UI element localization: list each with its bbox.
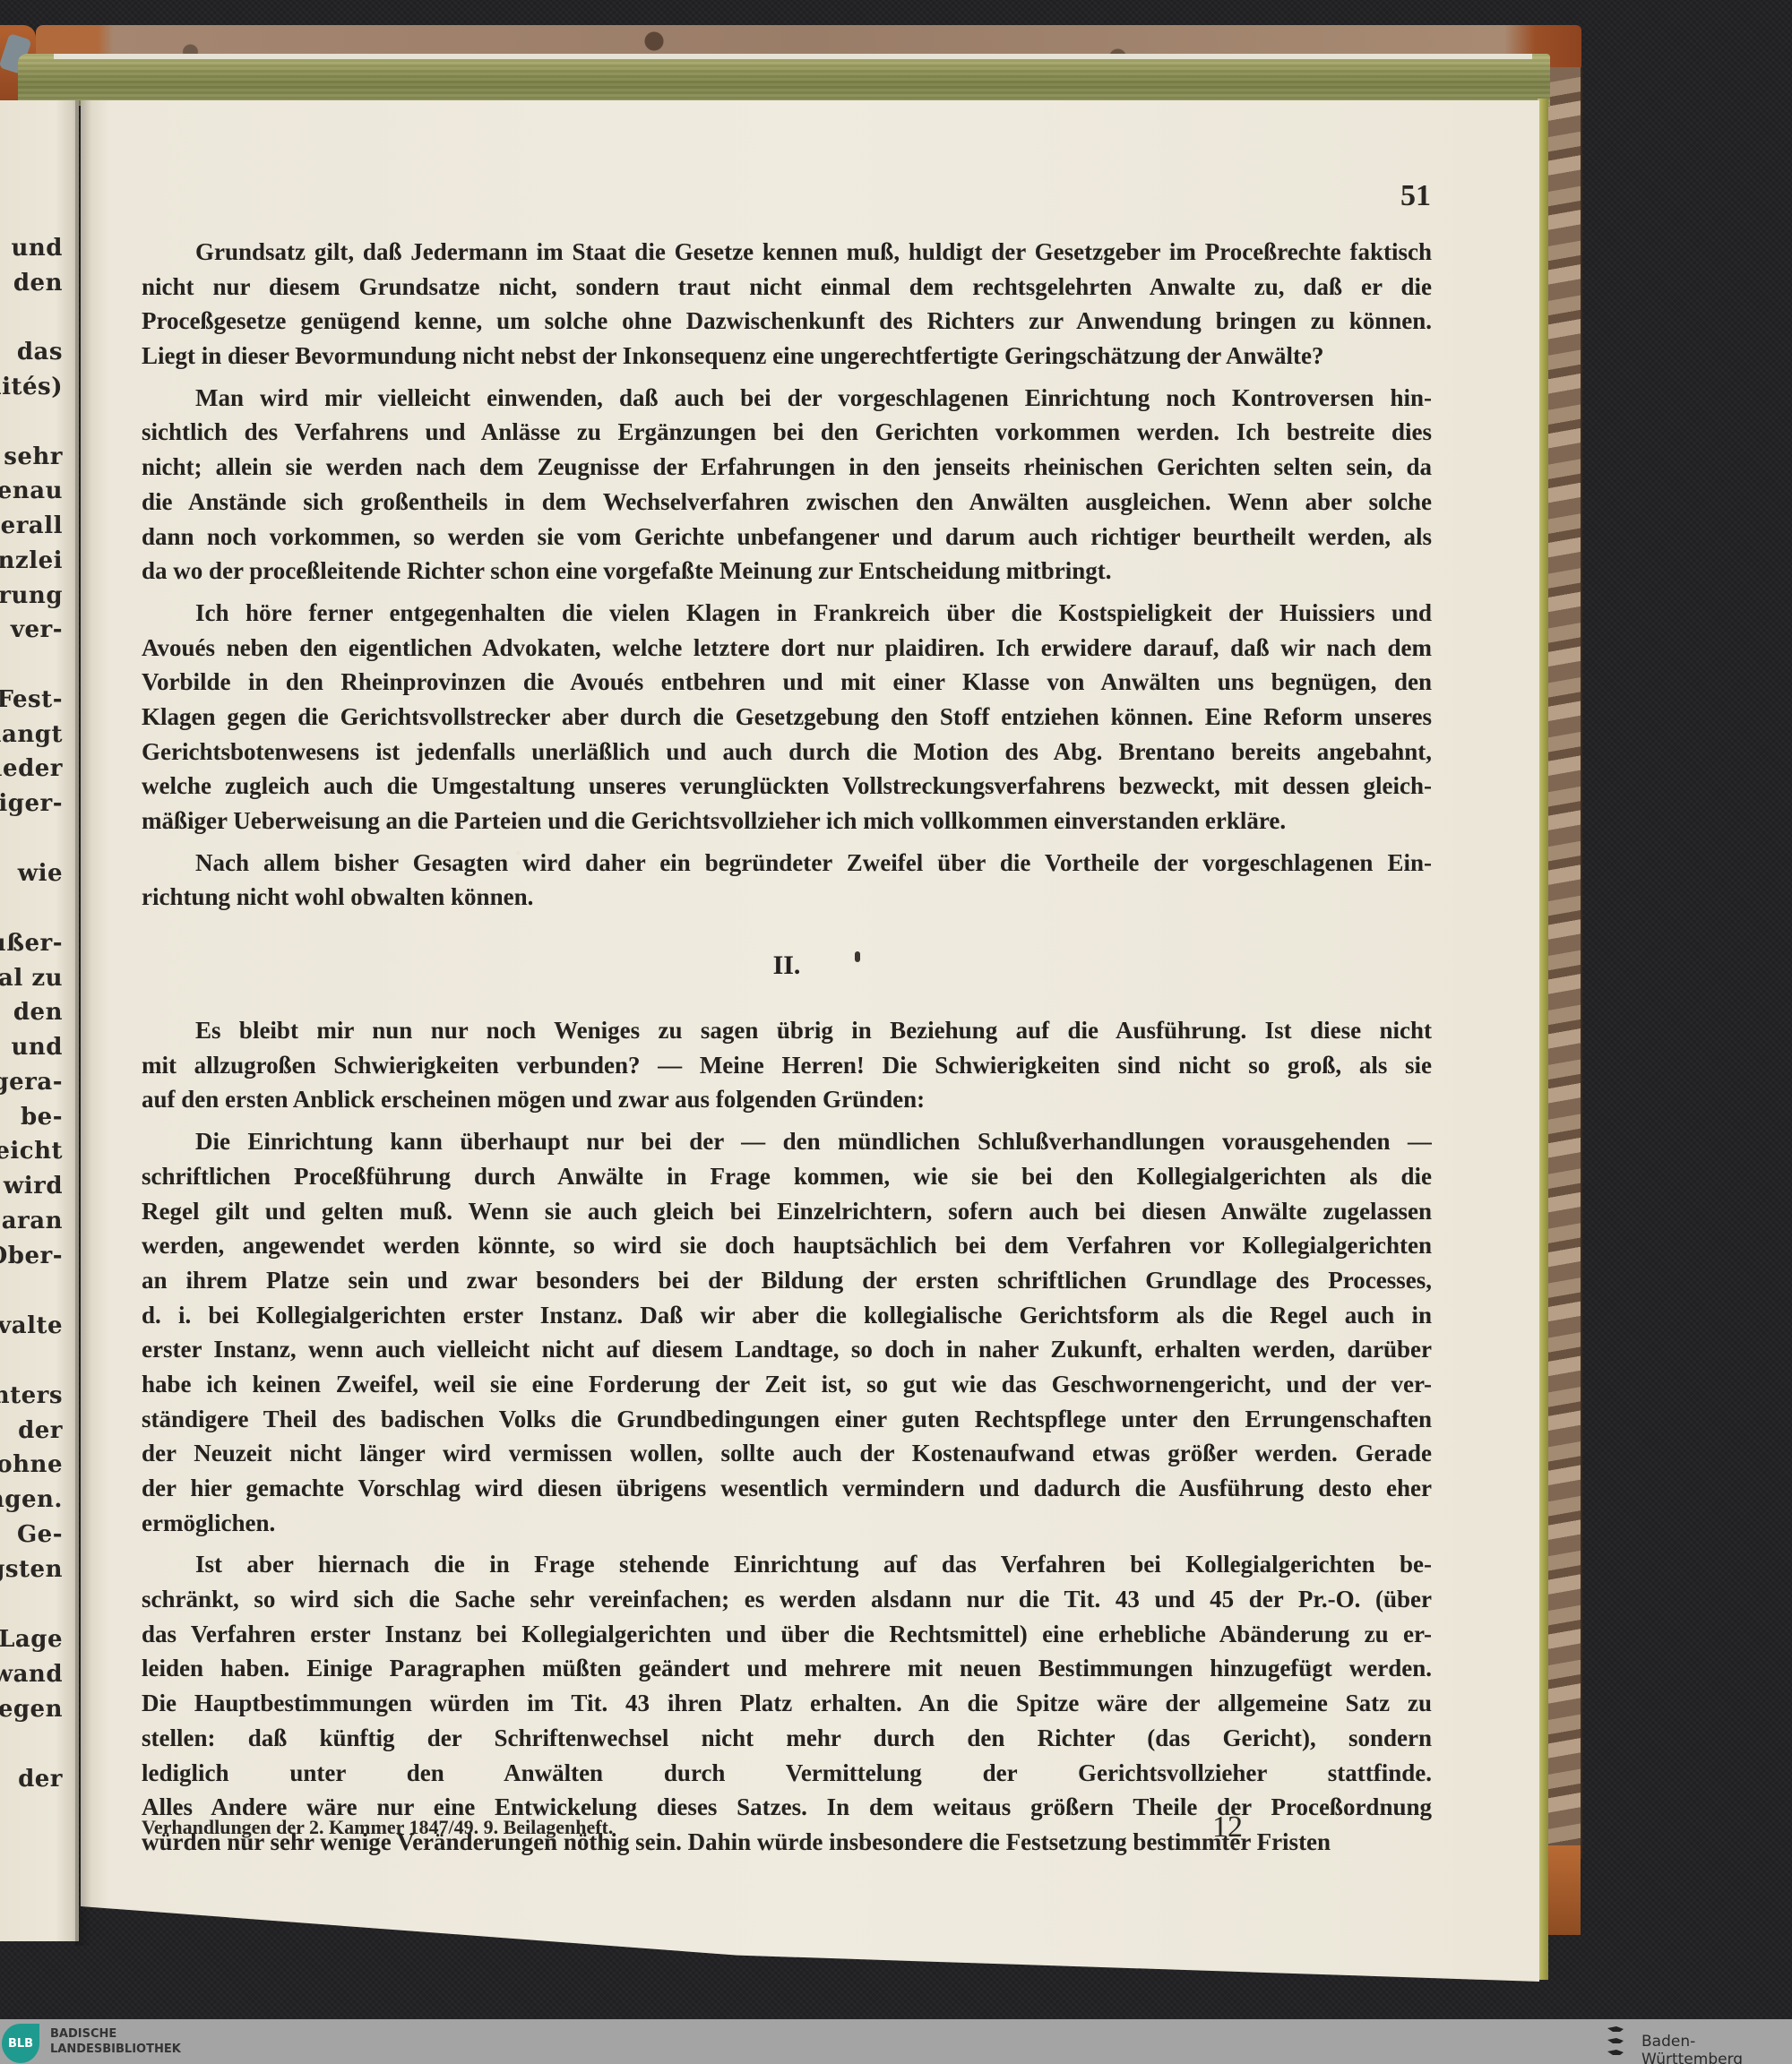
left-page-fragment: unddendaslités)sehrenauberallnzleirungve…	[0, 100, 79, 1941]
text-line: leiden haben. Einige Paragraphen müßten …	[142, 1651, 1432, 1686]
viewer-footer-bar: BLB BADISCHE LANDESBIBLIOTHEK Baden-Würt…	[0, 2019, 1792, 2064]
text-line: Klagen gegen die Gerichtsvollstrecker ab…	[142, 700, 1432, 735]
text-line: Ist aber hiernach die in Frage stehende …	[142, 1547, 1432, 1582]
left-page-word-fragment: Lage	[0, 1626, 63, 1653]
left-page-word-fragment: hters	[0, 1382, 63, 1409]
library-name-line1: BADISCHE	[50, 2026, 181, 2042]
text-line: erster Instanz, wenn auch vielleicht nic…	[142, 1332, 1432, 1367]
text-line: da wo der proceßleitende Richter schon e…	[142, 554, 1432, 589]
paragraph-gap	[142, 1117, 1432, 1124]
text-line: nicht; allein sie werden nach dem Zeugni…	[142, 450, 1432, 485]
left-page-word-fragment: Fest-	[0, 686, 63, 713]
left-page-word-fragment: vegen	[0, 1696, 63, 1723]
text-line: richtung nicht wohl obwalten können.	[142, 880, 1432, 915]
text-line: dann noch vorkommen, so werden sie vom G…	[142, 520, 1432, 555]
text-line: das Verfahren erster Instanz bei Kollegi…	[142, 1617, 1432, 1652]
text-line: Nach allem bisher Gesagten wird daher ei…	[142, 846, 1432, 881]
left-page-word-fragment: iger-	[0, 790, 63, 817]
text-line: welche zugleich auch die Umgestaltung un…	[142, 769, 1432, 804]
paragraph-gap	[142, 838, 1432, 846]
text-line: Gerichtsbotenwesens ist jedenfalls unerl…	[142, 735, 1432, 770]
left-page-word-fragment: ohne	[0, 1451, 63, 1478]
text-line: der hier gemachte Vorschlag wird diesen …	[142, 1471, 1432, 1506]
left-page-word-fragment: berall	[0, 512, 63, 539]
left-page-word-fragment: wie	[18, 860, 63, 887]
text-line: Man wird mir vielleicht einwenden, daß a…	[142, 381, 1432, 416]
blb-logo-icon[interactable]: BLB	[2, 2024, 39, 2063]
text-line: habe ich keinen Zweifel, weil sie eine F…	[142, 1367, 1432, 1402]
library-name-line2: LANDESBIBLIOTHEK	[50, 2042, 181, 2057]
left-page-word-fragment: leicht	[0, 1138, 63, 1165]
left-page-word-fragment: ußer-	[0, 930, 63, 957]
text-line: lediglich unter den Anwälten durch Vermi…	[142, 1756, 1432, 1791]
text-line: Die Einrichtung kann überhaupt nur bei d…	[142, 1124, 1432, 1159]
page-edges-top	[18, 54, 1550, 106]
paragraph-gap	[142, 589, 1432, 596]
text-line: Proceßgesetze genügend kenne, um solche …	[142, 304, 1432, 339]
left-page-word-fragment: sehr	[4, 443, 63, 470]
text-line: sichtlich des Verfahrens und Anlässe zu …	[142, 415, 1432, 450]
left-page-word-fragment: ieder	[0, 755, 63, 782]
left-page-word-fragment: wand	[0, 1661, 63, 1688]
signature-mark: 12	[1212, 1810, 1243, 1845]
left-page-word-fragment: nzlei	[0, 547, 63, 574]
left-page-word-fragment: Ober-	[0, 1243, 63, 1269]
left-page-word-fragment: das	[17, 339, 63, 365]
left-page-word-fragment: Ge-	[17, 1521, 63, 1548]
paragraph-gap	[142, 915, 1432, 922]
running-footer: Verhandlungen der 2. Kammer 1847/49. 9. …	[142, 1814, 1432, 1850]
paragraph-gap	[142, 1860, 1432, 1867]
left-page-word-fragment: valte	[0, 1312, 63, 1339]
text-line: mit allzugroßen Schwierigkeiten verbunde…	[142, 1048, 1432, 1083]
left-page-word-fragment: rung	[0, 582, 63, 609]
text-line: stellen: daß künftig der Schriftenwechse…	[142, 1721, 1432, 1756]
text-line: werden, angewendet werden könnte, so wir…	[142, 1228, 1432, 1263]
left-page-word-fragment: al zu	[0, 965, 63, 992]
left-page-word-fragment: und	[12, 235, 64, 262]
text-line: schränkt, so wird sich die Sache sehr ve…	[142, 1582, 1432, 1617]
left-page-word-fragment: ngen.	[0, 1486, 63, 1513]
text-line: Avoués neben den eigentlichen Advokaten,…	[142, 631, 1432, 666]
page-body: Grundsatz gilt, daß Jedermann im Staat d…	[142, 235, 1432, 1867]
text-line: Liegt in dieser Bevormundung nicht nebst…	[142, 339, 1432, 374]
book-cover-corner	[1543, 1845, 1581, 1935]
baden-wuerttemberg-lions-icon	[1604, 2025, 1629, 2060]
left-page-word-fragment: ver-	[11, 616, 63, 643]
text-line: Regel gilt und gelten muß. Wenn sie auch…	[142, 1194, 1432, 1229]
text-line: Vorbilde in den Rheinprovinzen die Avoué…	[142, 665, 1432, 700]
left-page-word-fragment: wird	[4, 1173, 63, 1200]
left-page-word-fragment: langt	[0, 721, 63, 748]
text-line: mäßiger Ueberweisung an die Parteien und…	[142, 804, 1432, 838]
book-cover-right	[1543, 67, 1582, 1859]
left-page-word-fragment: und	[12, 1034, 64, 1061]
text-line: an ihrem Platze sein und zwar besonders …	[142, 1263, 1432, 1298]
library-name[interactable]: BADISCHE LANDESBIBLIOTHEK	[50, 2026, 181, 2057]
left-page-word-fragment: gsten	[0, 1556, 63, 1583]
paragraph-gap	[142, 1540, 1432, 1547]
gutter-shadow	[75, 100, 91, 1946]
left-page-word-fragment: enau	[0, 477, 63, 504]
text-line: d. i. bei Kollegialgerichten erster Inst…	[142, 1298, 1432, 1333]
text-line: Es bleibt mir nun nur noch Weniges zu sa…	[142, 1013, 1432, 1048]
text-line: auf den ersten Anblick erscheinen mögen …	[142, 1082, 1432, 1117]
left-page-word-fragment: den	[13, 999, 63, 1026]
paragraph-gap	[142, 374, 1432, 381]
left-page-word-fragment: be-	[21, 1104, 63, 1131]
text-line: ständigere Theil des badischen Volks die…	[142, 1402, 1432, 1437]
left-page-word-fragment: der	[18, 1766, 63, 1793]
left-page-word-fragment: den	[13, 270, 63, 297]
text-line: der Neuzeit nicht länger wird vermissen …	[142, 1436, 1432, 1471]
text-line: nicht nur diesem Grundsatze nicht, sonde…	[142, 270, 1432, 305]
text-line: Die Hauptbestimmungen würden im Tit. 43 …	[142, 1686, 1432, 1721]
publication-title: Verhandlungen der 2. Kammer 1847/49. 9. …	[142, 1816, 613, 1839]
left-page-word-fragment: der	[18, 1417, 63, 1444]
section-heading: II.	[142, 922, 1432, 986]
text-line: die Anstände sich großentheils in dem We…	[142, 485, 1432, 520]
left-page-word-fragment: lités)	[0, 374, 63, 400]
text-line: ermöglichen.	[142, 1506, 1432, 1541]
text-line: Ich höre ferner entgegenhalten die viele…	[142, 596, 1432, 631]
left-page-word-fragment: gera-	[0, 1069, 63, 1096]
text-line: schriftlichen Proceßführung durch Anwält…	[142, 1159, 1432, 1194]
left-page-word-fragment: aran	[2, 1208, 63, 1234]
page-number: 51	[1400, 179, 1431, 213]
text-line: Grundsatz gilt, daß Jedermann im Staat d…	[142, 235, 1432, 270]
state-name[interactable]: Baden-Württemberg	[1641, 2033, 1792, 2064]
